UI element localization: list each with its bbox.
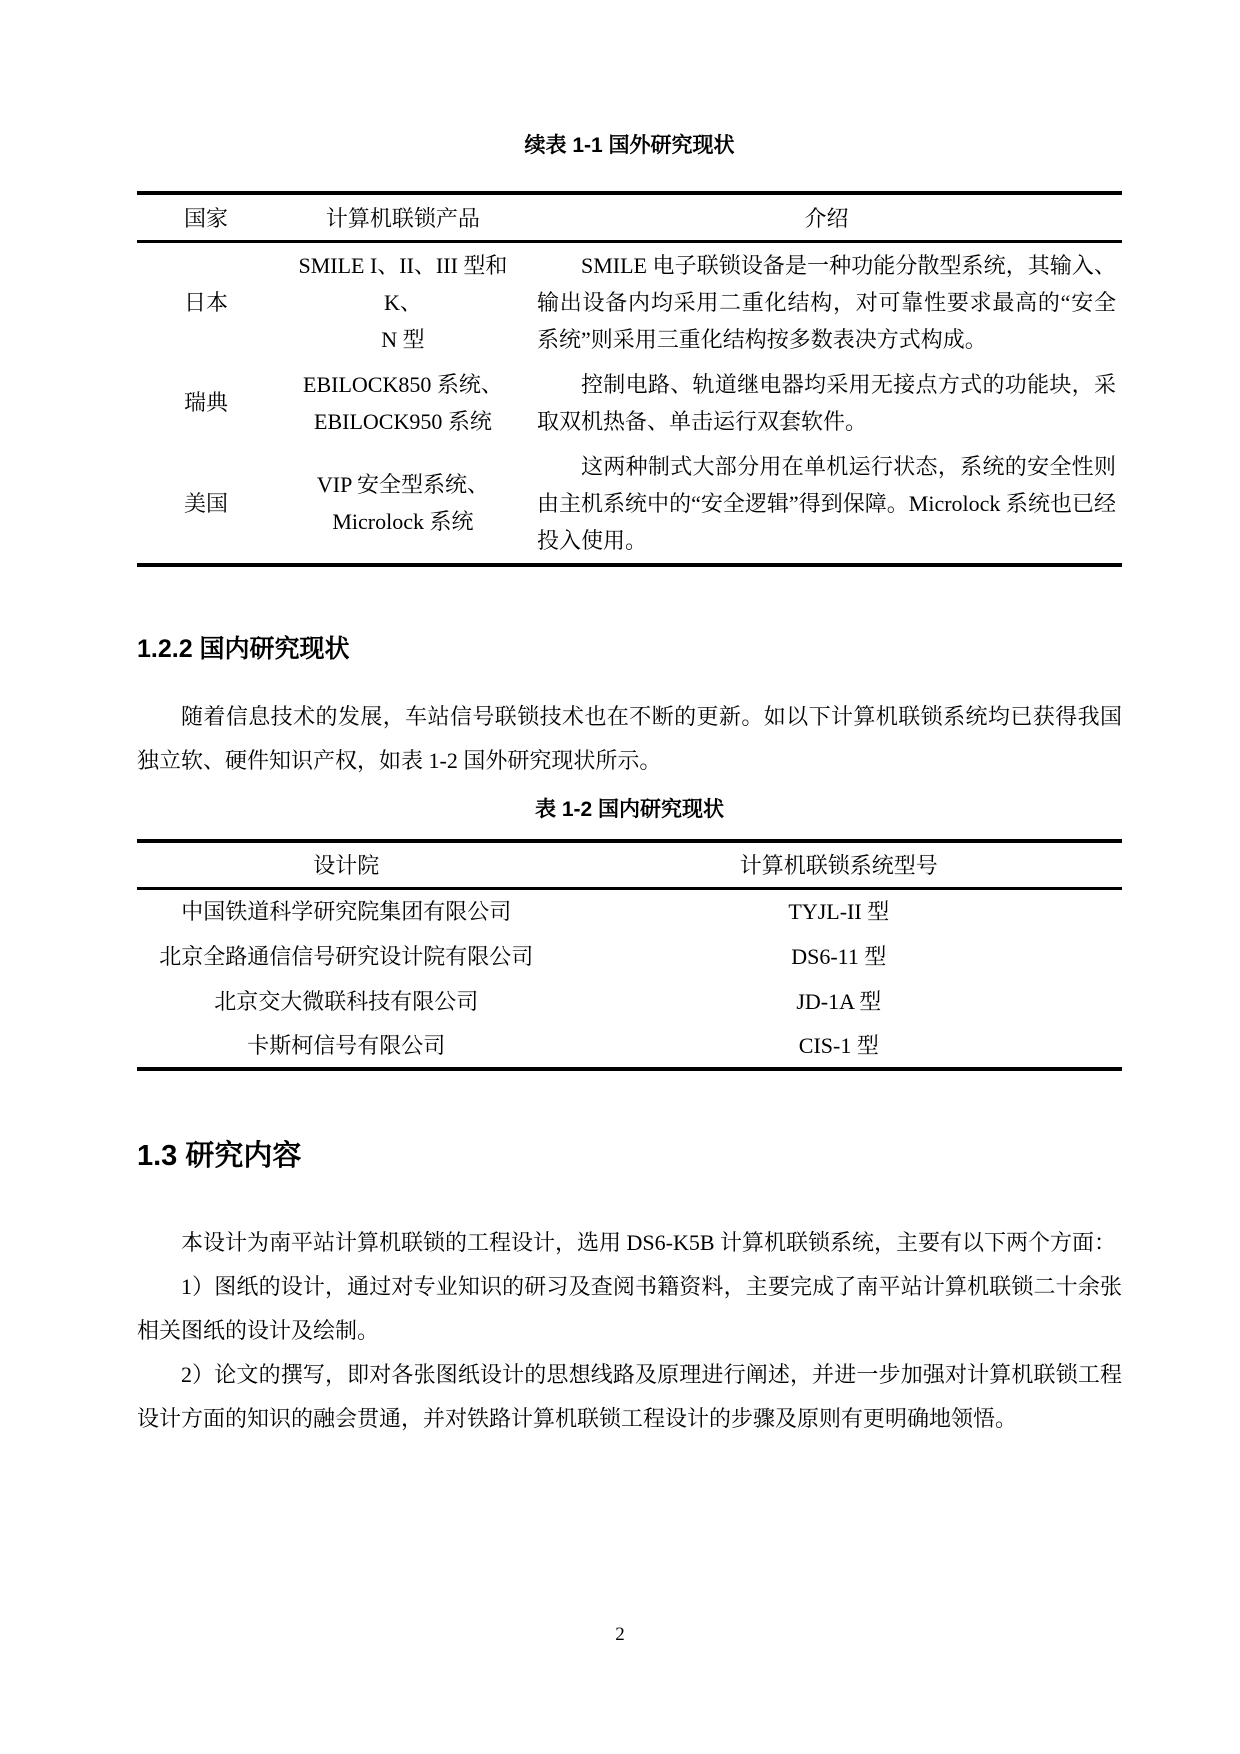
cell-intro: SMILE 电子联锁设备是一种功能分散型系统，其输入、输出设备内均采用二重化结构…	[531, 241, 1122, 362]
paragraph-domestic-intro: 随着信息技术的发展，车站信号联锁技术也在不断的更新。如以下计算机联锁系统均已获得…	[137, 695, 1122, 783]
table-row: 北京全路通信信号研究设计院有限公司 DS6-11 型	[137, 934, 1122, 979]
cell-model: TYJL-II 型	[556, 889, 1122, 934]
col-header-institute: 设计院	[137, 841, 556, 889]
paragraph-research-content: 本设计为南平站计算机联锁的工程设计，选用 DS6-K5B 计算机联锁系统，主要有…	[137, 1221, 1122, 1265]
cell-country: 瑞典	[137, 362, 275, 444]
cell-model: DS6-11 型	[556, 934, 1122, 979]
cell-model: CIS-1 型	[556, 1024, 1122, 1069]
section-heading-1-2-2: 1.2.2 国内研究现状	[137, 633, 1122, 665]
paragraph-item-1: 1）图纸的设计，通过对专业知识的研习及查阅书籍资料，主要完成了南平站计算机联锁二…	[137, 1265, 1122, 1353]
paragraph-item-2: 2）论文的撰写，即对各张图纸设计的思想线路及原理进行阐述，并进一步加强对计算机联…	[137, 1353, 1122, 1441]
cell-intro: 控制电路、轨道继电器均采用无接点方式的功能块，采取双机热备、单击运行双套软件。	[531, 362, 1122, 444]
cell-institute: 北京交大微联科技有限公司	[137, 979, 556, 1024]
col-header-product: 计算机联锁产品	[275, 193, 531, 241]
col-header-country: 国家	[137, 193, 275, 241]
table-header-row: 设计院 计算机联锁系统型号	[137, 841, 1122, 889]
table-row: 美国 VIP 安全型系统、 Microlock 系统 这两种制式大部分用在单机运…	[137, 444, 1122, 565]
page-number: 2	[0, 1624, 1240, 1646]
table-foreign-research-status: 国家 计算机联锁产品 介绍 日本 SMILE I、II、III 型和 K、 N …	[137, 191, 1122, 567]
cell-model: JD-1A 型	[556, 979, 1122, 1024]
document-page: 续表 1-1 国外研究现状 国家 计算机联锁产品 介绍 日本 SMILE I、I…	[0, 0, 1240, 1754]
table-row: 日本 SMILE I、II、III 型和 K、 N 型 SMILE 电子联锁设备…	[137, 241, 1122, 362]
table-header-row: 国家 计算机联锁产品 介绍	[137, 193, 1122, 241]
section-heading-1-3: 1.3 研究内容	[137, 1137, 1122, 1175]
col-header-intro: 介绍	[531, 193, 1122, 241]
cell-country: 日本	[137, 241, 275, 362]
cell-product: EBILOCK850 系统、 EBILOCK950 系统	[275, 362, 531, 444]
table-row: 北京交大微联科技有限公司 JD-1A 型	[137, 979, 1122, 1024]
table-domestic-research-status: 设计院 计算机联锁系统型号 中国铁道科学研究院集团有限公司 TYJL-II 型 …	[137, 839, 1122, 1071]
table-1-2-caption: 表 1-2 国内研究现状	[137, 795, 1122, 825]
cell-product: SMILE I、II、III 型和 K、 N 型	[275, 241, 531, 362]
table-1-1-caption: 续表 1-1 国外研究现状	[137, 131, 1122, 161]
table-row: 卡斯柯信号有限公司 CIS-1 型	[137, 1024, 1122, 1069]
cell-institute: 中国铁道科学研究院集团有限公司	[137, 889, 556, 934]
cell-country: 美国	[137, 444, 275, 565]
cell-product: VIP 安全型系统、 Microlock 系统	[275, 444, 531, 565]
col-header-model: 计算机联锁系统型号	[556, 841, 1122, 889]
table-row: 瑞典 EBILOCK850 系统、 EBILOCK950 系统 控制电路、轨道继…	[137, 362, 1122, 444]
cell-intro: 这两种制式大部分用在单机运行状态，系统的安全性则由主机系统中的“安全逻辑”得到保…	[531, 444, 1122, 565]
cell-institute: 卡斯柯信号有限公司	[137, 1024, 556, 1069]
cell-institute: 北京全路通信信号研究设计院有限公司	[137, 934, 556, 979]
table-row: 中国铁道科学研究院集团有限公司 TYJL-II 型	[137, 889, 1122, 934]
